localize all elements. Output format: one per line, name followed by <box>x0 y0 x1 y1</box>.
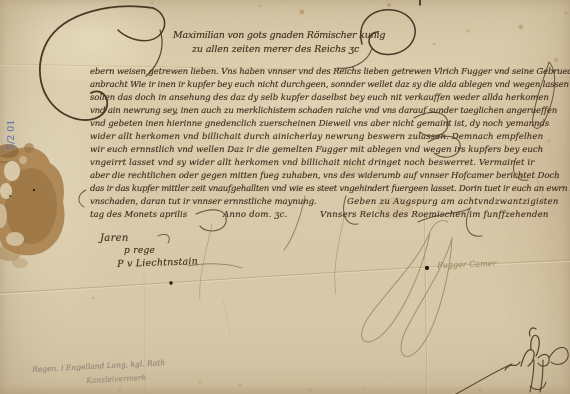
body-line-12b: Anno dom. ʒc. <box>223 210 287 220</box>
blue-inventory-number: 5/2 01 <box>6 120 17 150</box>
header-line-1: Maximilian von gots gnaden Römischer kun… <box>173 30 385 41</box>
body-line-4: vnd ain newrung sey, inen auch zu merkli… <box>90 106 557 116</box>
header-line-2: zu allen zeiten merer des Reichs ʒc <box>192 44 359 55</box>
body-line-11a: vnschaden, daran tut ir vnnser ernnstlic… <box>90 197 317 207</box>
body-line-12c: Vnnsers Reichs des Roemischen im funffze… <box>320 210 549 220</box>
body-line-9: aber die rechtlichen oder gegen mitten f… <box>90 171 560 181</box>
pencil-note-line-2: Kanzleivermerk <box>86 373 146 385</box>
body-line-8: vngeirrt lasset vnd sy wider allt herkom… <box>90 158 534 168</box>
faint-chancery-note: Fugger Camer <box>437 259 496 270</box>
body-line-10: das ir das kupfer mittler zeit vnaufgeha… <box>90 184 570 194</box>
body-line-12a: tag des Monets aprilis <box>90 210 187 220</box>
handwritten-text-layer: Maximilian von gots gnaden Römischer kun… <box>0 0 570 394</box>
manuscript-photo: Maximilian von gots gnaden Römischer kun… <box>0 0 570 394</box>
closing-jaren: Jaren <box>100 233 129 244</box>
body-line-7: wir euch ernnstlich vnd wellen Daz ir di… <box>90 145 543 155</box>
body-line-3: sollen das doch in ansehung des daz dy s… <box>90 93 549 103</box>
body-line-5: vnd gebeten inen hierinne gnedenclich zu… <box>90 119 549 129</box>
closing-countersign: P v Liechtnstain <box>117 256 198 270</box>
body-line-1: ebern weisen getrewen lieben. Vns haben … <box>90 67 570 77</box>
pencil-note-line-1: Regen. i Engelland Lang, kgl. Rath <box>32 358 165 374</box>
body-line-2: anbracht Wie ir inen ir kupfer bey euch … <box>90 80 569 90</box>
body-line-6: wider allt herkomen vnd billichait durch… <box>90 132 543 142</box>
body-line-11b: Geben zu Augspurg am achtvndzwantzigiste… <box>347 197 559 207</box>
closing-per-regem: p rege <box>124 246 155 256</box>
